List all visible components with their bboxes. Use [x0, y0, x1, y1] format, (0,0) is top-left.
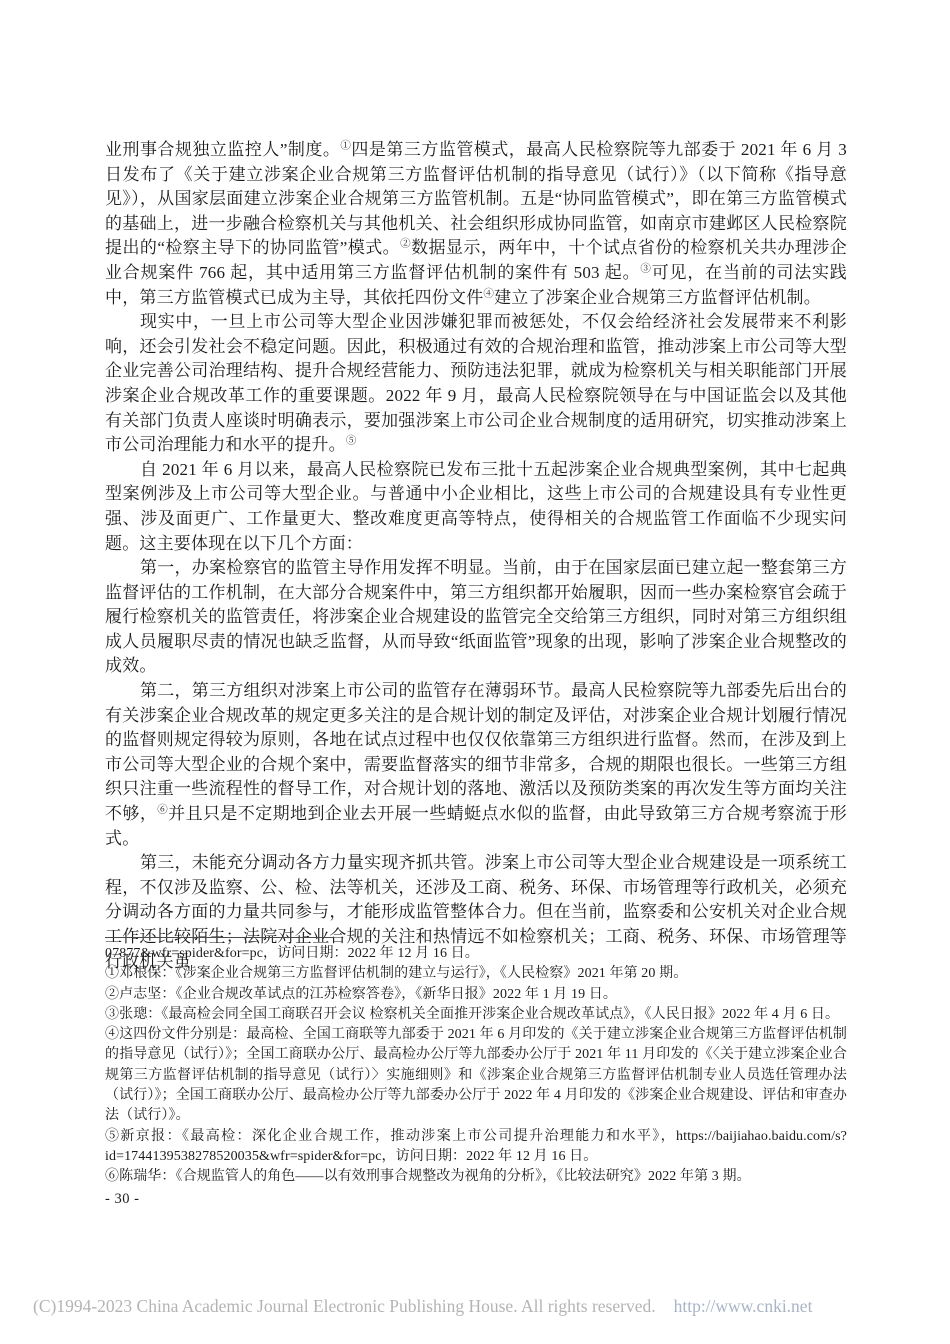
page-number: - 30 -	[105, 1189, 847, 1209]
body-paragraphs: 业刑事合规独立监控人”制度。①四是第三方监管模式，最高人民检察院等九部委于 20…	[105, 138, 847, 974]
paragraph-text: 业刑事合规独立监控人”制度。	[105, 140, 340, 159]
footnote-section: 07877&wfr=spider&for=pc，访问日期：2022 年 12 月…	[105, 944, 847, 1209]
paragraph-text: 自 2021 年 6 月以来，最高人民检察院已发布三批十五起涉案企业合规典型案例…	[105, 460, 847, 553]
footnote-separator	[105, 937, 334, 938]
footnote-item: ①邓根保：《涉案企业合规第三方监督评估机制的建立与运行》，《人民检察》2021 …	[105, 964, 847, 984]
page-footer: (C)1994-2023 China Academic Journal Elec…	[33, 1296, 812, 1317]
footnote-item: 07877&wfr=spider&for=pc，访问日期：2022 年 12 月…	[105, 944, 847, 964]
footnote-ref: ④	[483, 288, 494, 299]
paragraph-text: 并且只是不定期地到企业去开展一些蜻蜓点水似的监督，由此导致第三方合规考察流于形式…	[105, 804, 847, 848]
footnote-ref: ⑤	[346, 435, 357, 446]
paragraph: 第二，第三方组织对涉案上市公司的监管存在薄弱环节。最高人民检察院等九部委先后出台…	[105, 679, 847, 851]
footnote-ref: ①	[340, 140, 351, 151]
footer-copyright: (C)1994-2023 China Academic Journal Elec…	[33, 1296, 656, 1316]
footnote-ref: ②	[400, 239, 411, 250]
footnote-item: ②卢志坚：《企业合规改革试点的江苏检察答卷》，《新华日报》2022 年 1 月 …	[105, 985, 847, 1005]
paragraph: 自 2021 年 6 月以来，最高人民检察院已发布三批十五起涉案企业合规典型案例…	[105, 458, 847, 556]
paragraph: 第一，办案检察官的监管主导作用发挥不明显。当前，由于在国家层面已建立起一整套第三…	[105, 556, 847, 679]
paragraph-text: 建立了涉案企业合规第三方监督评估机制。	[494, 288, 821, 307]
footnote-ref: ③	[640, 263, 651, 274]
footnote-ref: ⑥	[157, 804, 168, 815]
paragraph-text: 第二，第三方组织对涉案上市公司的监管存在薄弱环节。最高人民检察院等九部委先后出台…	[105, 681, 847, 823]
footnote-item: ④这四份文件分别是：最高检、全国工商联等九部委于 2021 年 6 月印发的《关…	[105, 1025, 847, 1126]
paragraph-text: 第一，办案检察官的监管主导作用发挥不明显。当前，由于在国家层面已建立起一整套第三…	[105, 558, 847, 675]
paragraph: 业刑事合规独立监控人”制度。①四是第三方监管模式，最高人民检察院等九部委于 20…	[105, 138, 847, 310]
footnote-item: ⑤新京报：《最高检：深化企业合规工作，推动涉案上市公司提升治理能力和水平》，ht…	[105, 1127, 847, 1168]
footnote-item: ⑥陈瑞华：《合规监管人的角色——以有效刑事合规整改为视角的分析》，《比较法研究》…	[105, 1167, 847, 1187]
footer-url: http://www.cnki.net	[674, 1296, 813, 1316]
paragraph-text: 现实中，一旦上市公司等大型企业因涉嫌犯罪而被惩处，不仅会给经济社会发展带来不利影…	[105, 312, 847, 454]
paragraph: 现实中，一旦上市公司等大型企业因涉嫌犯罪而被惩处，不仅会给经济社会发展带来不利影…	[105, 310, 847, 458]
document-page: 业刑事合规独立监控人”制度。①四是第三方监管模式，最高人民检察院等九部委于 20…	[0, 0, 950, 1344]
footnote-item: ③张璁：《最高检会同全国工商联召开会议 检察机关全面推开涉案企业合规改革试点》，…	[105, 1005, 847, 1025]
footnote-list: 07877&wfr=spider&for=pc，访问日期：2022 年 12 月…	[105, 944, 847, 1188]
